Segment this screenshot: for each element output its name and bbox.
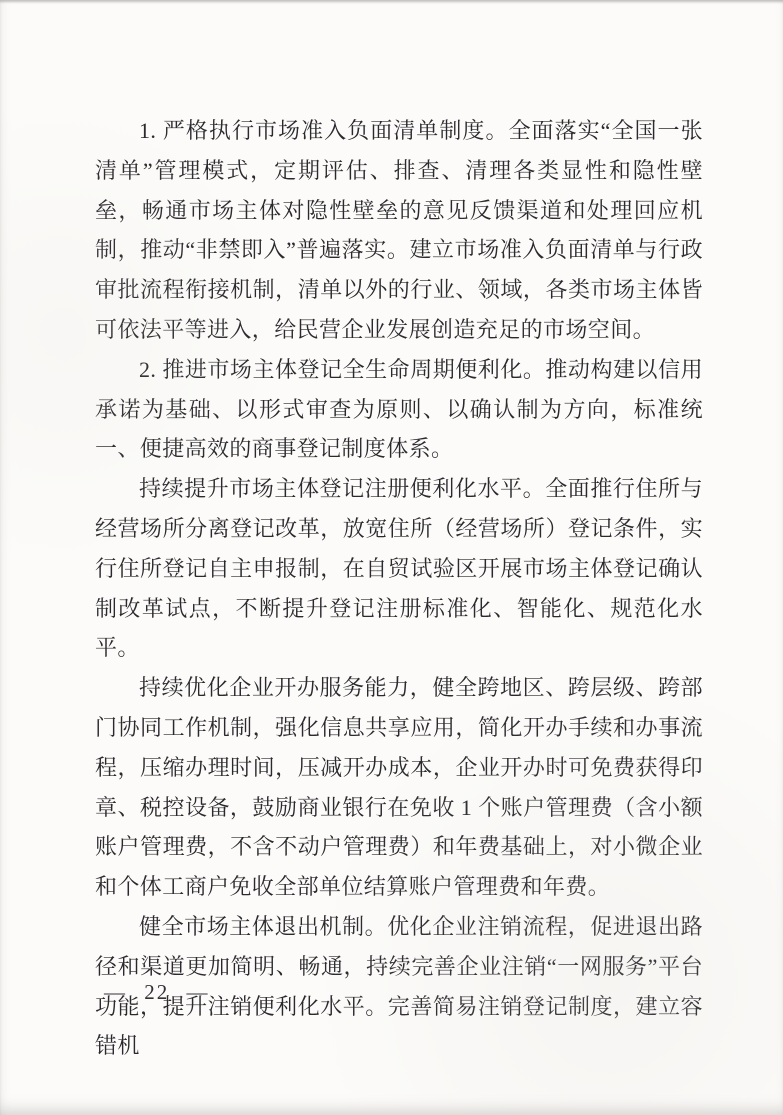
paragraph-1-market-access-negative-list: 1. 严格执行市场准入负面清单制度。全面落实“全国一张清单”管理模式，定期评估、…: [95, 111, 703, 350]
document-body: 1. 严格执行市场准入负面清单制度。全面落实“全国一张清单”管理模式，定期评估、…: [95, 111, 703, 1066]
document-page: 1. 严格执行市场准入负面清单制度。全面落实“全国一张清单”管理模式，定期评估、…: [0, 0, 783, 1115]
paragraph-3-registration-convenience-level: 持续提升市场主体登记注册便利化水平。全面推行住所与经营场所分离登记改革，放宽住所…: [95, 469, 703, 668]
paragraph-2-registration-lifecycle-facilitation: 2. 推进市场主体登记全生命周期便利化。推动构建以信用承诺为基础、以形式审查为原…: [95, 350, 703, 469]
page-number: — 22 —: [104, 980, 210, 1005]
paragraph-4-business-opening-services: 持续优化企业开办服务能力，健全跨地区、跨层级、跨部门协同工作机制，强化信息共享应…: [95, 668, 703, 907]
